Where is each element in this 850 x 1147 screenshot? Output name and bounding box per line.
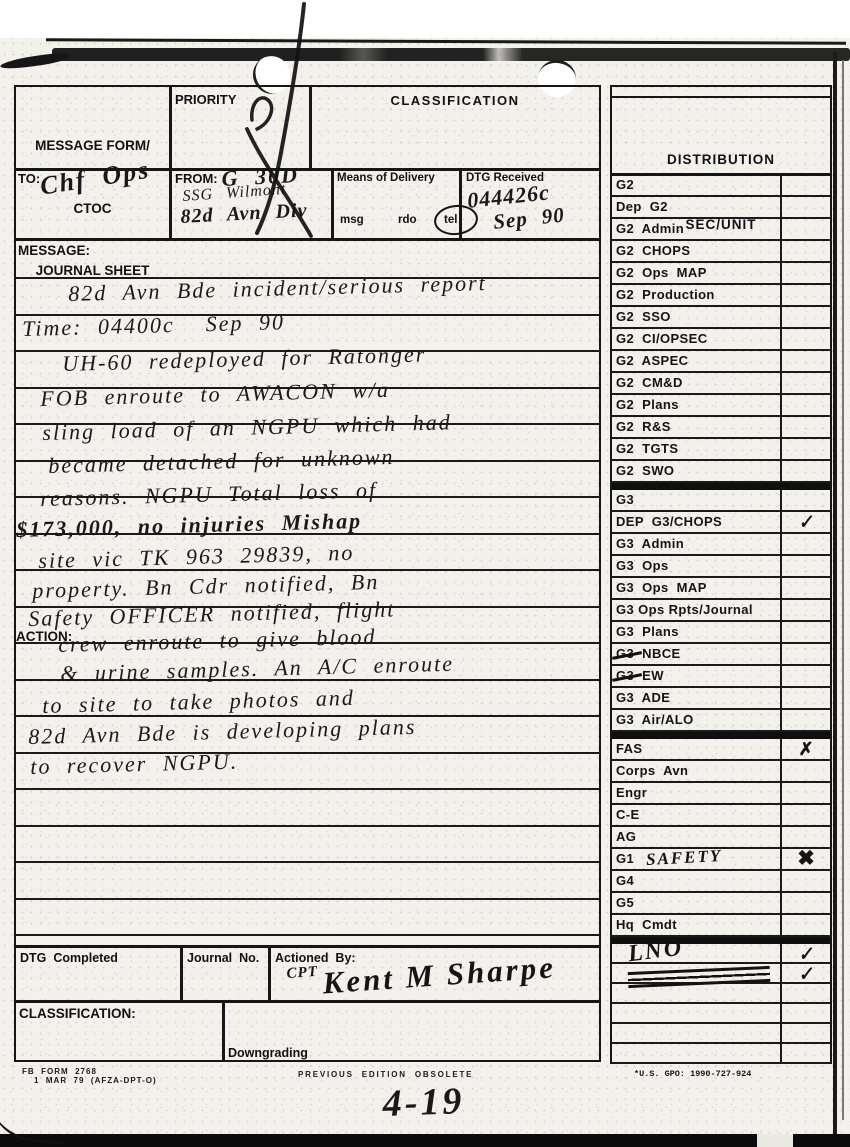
distribution-row-g3-plans: G3 Plans — [612, 622, 830, 644]
distribution-row-label: DEP G3/CHOPS — [612, 512, 782, 532]
distribution-row-mark-cell — [782, 761, 830, 781]
distribution-row-mark-cell — [782, 622, 830, 642]
distribution-row-g3-air-alo: G3 Air/ALO — [612, 710, 830, 732]
distribution-row-dep-g3-chops: DEP G3/CHOPS✓ — [612, 512, 830, 534]
section-divider-bar — [612, 483, 830, 490]
distribution-row-g5: G5 — [612, 893, 830, 915]
distribution-row — [612, 1024, 830, 1044]
distribution-row-label: C-E — [612, 805, 782, 825]
distribution-row-mark-cell — [782, 534, 830, 554]
distribution-row-label: G2 — [612, 175, 782, 195]
distribution-row-corps-avn: Corps Avn — [612, 761, 830, 783]
distribution-row-g2-ci-opsec: G2 CI/OPSEC — [612, 329, 830, 351]
ruled-line — [16, 825, 599, 827]
distribution-row-engr: Engr — [612, 783, 830, 805]
distribution-row: LNO✓ — [612, 944, 830, 964]
distribution-row-label: G3 Plans — [612, 622, 782, 642]
distribution-row-dep-g2: Dep G2 — [612, 197, 830, 219]
divider — [169, 85, 172, 240]
distribution-row-label: Corps Avn — [612, 761, 782, 781]
distribution-row-label: G3 Admin — [612, 534, 782, 554]
distribution-row-g2-aspec: G2 ASPEC — [612, 351, 830, 373]
distribution-row-label: G1SAFETY — [612, 849, 782, 869]
distribution-row-label: G4 — [612, 871, 782, 891]
distribution-row-mark-cell: ✓ — [782, 944, 830, 962]
to-label: TO: — [18, 171, 40, 186]
distribution-row-fas: FAS✗ — [612, 739, 830, 761]
ruled-line — [16, 788, 599, 790]
distribution-row-mark-cell — [782, 1024, 830, 1042]
priority-label: PRIORITY — [175, 92, 236, 107]
distribution-row-mark-cell — [782, 805, 830, 825]
distribution-row-label: G2 CM&D — [612, 373, 782, 393]
classification-bottom-label: CLASSIFICATION: — [19, 1006, 136, 1021]
distribution-row-mark-cell — [782, 688, 830, 708]
page-number-handwritten: 4-19 — [382, 1079, 465, 1126]
distribution-row-label — [612, 1044, 782, 1062]
distribution-row-label: G2 SSO — [612, 307, 782, 327]
form-number-line1: FB FORM 2768 — [22, 1067, 97, 1076]
distribution-row-label: G2 SWO — [612, 461, 782, 481]
distribution-row-g2-ops-map: G2 Ops MAP — [612, 263, 830, 285]
top-smudge-bar — [52, 48, 850, 61]
distribution-row-label: G3 NBCE — [612, 644, 782, 664]
divider — [268, 945, 271, 1002]
distribution-row-mark-cell — [782, 351, 830, 371]
distribution-row — [612, 1004, 830, 1024]
distribution-row-g2-plans: G2 Plans — [612, 395, 830, 417]
ruled-line — [16, 934, 599, 936]
distribution-row-label: G2 Plans — [612, 395, 782, 415]
page-right-edge-light — [842, 60, 844, 1120]
x-mark: ✗ — [798, 739, 813, 759]
form-title-line1: MESSAGE FORM/ — [16, 136, 169, 157]
distribution-row-mark-cell — [782, 417, 830, 437]
distribution-row-g2: G2 — [612, 175, 830, 197]
ruled-line — [16, 861, 599, 863]
distribution-row-g3-admin: G3 Admin — [612, 534, 830, 556]
distribution-row-label: G3 ADE — [612, 688, 782, 708]
journal-no-label: Journal No. — [187, 951, 259, 965]
distribution-row-label: G3 Ops MAP — [612, 578, 782, 598]
distribution-row-label: G5 — [612, 893, 782, 913]
dtg-completed-label: DTG Completed — [20, 951, 118, 965]
divider — [222, 1000, 225, 1062]
heavy-x-mark: ✖ — [797, 848, 815, 868]
distribution-row-mark-cell — [782, 915, 830, 935]
distribution-row — [612, 1044, 830, 1064]
distribution-row-label: AG — [612, 827, 782, 847]
handwritten-entry: SAFETY — [646, 846, 723, 870]
distribution-row-mark-cell — [782, 644, 830, 664]
distribution-row-mark-cell — [782, 395, 830, 415]
distribution-row-label: G3 Air/ALO — [612, 710, 782, 730]
distribution-row-label: G3 Ops Rpts/Journal — [612, 600, 782, 620]
distribution-row-mark-cell — [782, 600, 830, 620]
distribution-row-label: Dep G2 — [612, 197, 782, 217]
divider — [331, 168, 334, 240]
distribution-row-mark-cell — [782, 984, 830, 1002]
distribution-row-g2-admin: G2 Admin — [612, 219, 830, 241]
bottom-bar-notch — [757, 1134, 793, 1147]
delivery-option-msg: msg — [340, 214, 364, 226]
action-handwritten-line: to recover NGPU. — [30, 749, 238, 780]
bottom-scan-bar — [0, 1134, 850, 1147]
distribution-row-mark-cell — [782, 439, 830, 459]
distribution-row-label: G2 CI/OPSEC — [612, 329, 782, 349]
distribution-row-mark-cell: ✖ — [782, 849, 830, 869]
distribution-row-mark-cell — [782, 175, 830, 195]
divider — [14, 945, 601, 948]
distribution-row-mark-cell — [782, 1044, 830, 1062]
distribution-row-g2-chops: G2 CHOPS — [612, 241, 830, 263]
distribution-row-label: Hq Cmdt — [612, 915, 782, 935]
distribution-row-label: Engr — [612, 783, 782, 803]
distribution-row-mark-cell — [782, 373, 830, 393]
downgrading-label: Downgrading — [228, 1046, 308, 1060]
distribution-row-label: G2 ASPEC — [612, 351, 782, 371]
distribution-row-label: G2 CHOPS — [612, 241, 782, 261]
distribution-row-mark-cell — [782, 461, 830, 481]
distribution-row-mark-cell — [782, 219, 830, 239]
distribution-row-g3-ade: G3 ADE — [612, 688, 830, 710]
distribution-row-mark-cell — [782, 827, 830, 847]
distribution-row-label: G2 Ops MAP — [612, 263, 782, 283]
distribution-row-label: G2 Production — [612, 285, 782, 305]
previous-edition-note: PREVIOUS EDITION OBSOLETE — [298, 1070, 473, 1079]
distribution-row-g2-tgts: G2 TGTS — [612, 439, 830, 461]
distribution-row-g3-nbce: G3 NBCE — [612, 644, 830, 666]
distribution-row-mark-cell: ✓ — [782, 964, 830, 982]
distribution-row-mark-cell — [782, 578, 830, 598]
section-divider-bar — [612, 732, 830, 739]
distribution-row-g1: G1SAFETY✖ — [612, 849, 830, 871]
message-label: MESSAGE: — [18, 243, 90, 258]
from-label: FROM: — [175, 171, 218, 186]
page-right-edge — [833, 52, 837, 1136]
distribution-row-label — [612, 984, 782, 1002]
distribution-row-mark-cell: ✗ — [782, 739, 830, 759]
distribution-row-mark-cell — [782, 556, 830, 576]
distribution-row-mark-cell — [782, 329, 830, 349]
scanned-journal-sheet: MESSAGE FORM/ CTOC JOURNAL SHEET PRIORIT… — [0, 0, 850, 1147]
distribution-row-mark-cell — [782, 710, 830, 730]
distribution-row-label — [612, 1004, 782, 1022]
check-mark: ✓ — [797, 963, 815, 985]
ruled-line — [16, 898, 599, 900]
distribution-row-mark-cell — [782, 1004, 830, 1022]
distribution-row-hq-cmdt: Hq Cmdt — [612, 915, 830, 937]
distribution-row-g2-cm-d: G2 CM&D — [612, 373, 830, 395]
means-of-delivery-label: Means of Delivery — [337, 172, 435, 184]
divider — [610, 96, 832, 98]
gpo-note: *U.S. GPO: 1990-727-924 — [634, 1069, 751, 1079]
distribution-row-g3: G3 — [612, 490, 830, 512]
distribution-row-label: LNO — [612, 944, 782, 962]
classification-header-label: CLASSIFICATION — [311, 93, 599, 108]
distribution-row-mark-cell: ✓ — [782, 512, 830, 532]
distribution-rows: G2Dep G2G2 AdminG2 CHOPSG2 Ops MAPG2 Pro… — [612, 175, 830, 1064]
distribution-row-c-e: C-E — [612, 805, 830, 827]
distribution-row-mark-cell — [782, 893, 830, 913]
distribution-row-label — [612, 964, 782, 982]
distribution-row-mark-cell — [782, 285, 830, 305]
distribution-row-mark-cell — [782, 490, 830, 510]
distribution-row-g3-ops: G3 Ops — [612, 556, 830, 578]
distribution-row-g3-ew: G3 EW — [612, 666, 830, 688]
distribution-row-g2-sso: G2 SSO — [612, 307, 830, 329]
distribution-row-mark-cell — [782, 241, 830, 261]
distribution-row-mark-cell — [782, 666, 830, 686]
distribution-row-g4: G4 — [612, 871, 830, 893]
distribution-row-g3-ops-rpts-journal: G3 Ops Rpts/Journal — [612, 600, 830, 622]
distribution-row-label — [612, 1024, 782, 1042]
distribution-row-label: FAS — [612, 739, 782, 759]
distribution-row — [612, 984, 830, 1004]
distribution-row-g2-production: G2 Production — [612, 285, 830, 307]
distribution-row-label: G2 Admin — [612, 219, 782, 239]
distribution-row-label: G3 Ops — [612, 556, 782, 576]
distribution-row-label: G3 EW — [612, 666, 782, 686]
distribution-row-mark-cell — [782, 197, 830, 217]
check-mark: ✓ — [797, 943, 815, 965]
divider — [180, 945, 183, 1002]
distribution-row-mark-cell — [782, 783, 830, 803]
distribution-row-g2-swo: G2 SWO — [612, 461, 830, 483]
distribution-row-mark-cell — [782, 307, 830, 327]
distribution-title-line1: DISTRIBUTION — [612, 149, 830, 171]
distribution-row-label: G3 — [612, 490, 782, 510]
distribution-row-mark-cell — [782, 871, 830, 891]
distribution-row-label: G2 R&S — [612, 417, 782, 437]
distribution-row-g2-r-s: G2 R&S — [612, 417, 830, 439]
check-mark: ✓ — [797, 511, 815, 533]
distribution-row: ✓ — [612, 964, 830, 984]
delivery-option-rdo: rdo — [398, 214, 417, 226]
form-number-line2: 1 MAR 79 (AFZA-DPT-O) — [34, 1076, 157, 1085]
distribution-row-g3-ops-map: G3 Ops MAP — [612, 578, 830, 600]
distribution-row-mark-cell — [782, 263, 830, 283]
form-title-line2: CTOC — [16, 199, 169, 220]
signature-rank: CPT — [286, 964, 318, 982]
distribution-row-label: G2 TGTS — [612, 439, 782, 459]
